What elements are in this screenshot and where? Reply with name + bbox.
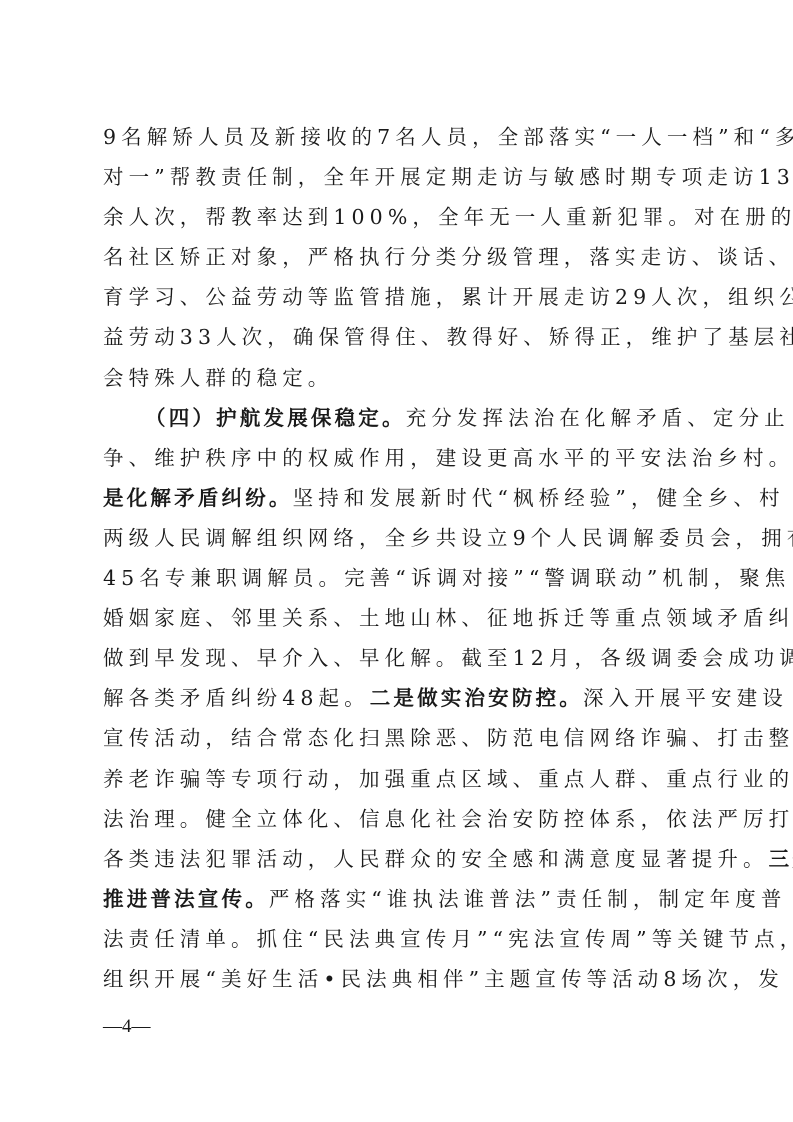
- paragraph-text: 宣传活动，结合常态化扫黑除恶、防范电信网络诈骗、打击整治: [103, 726, 793, 750]
- paragraph-text: 9名解矫人员及新接收的7名人员，全部落实“一人一档”和“多: [103, 125, 793, 149]
- text-line: （四）护航发展保稳定。充分发挥法治在化解矛盾、定分止: [103, 398, 693, 438]
- paragraph-text: 育学习、公益劳动等监管措施，累计开展走访29人次，组织公: [103, 285, 793, 309]
- paragraph-text: 婚姻家庭、邻里关系、土地山林、征地拆迁等重点领域矛盾纠纷，: [103, 606, 793, 630]
- text-line: 45名专兼职调解员。完善“诉调对接”“警调联动”机制，聚焦: [103, 558, 693, 598]
- page-number: —4—: [103, 1016, 151, 1038]
- paragraph-text: 名社区矫正对象，严格执行分类分级管理，落实走访、谈话、教: [103, 245, 793, 269]
- text-line: 会特殊人群的稳定。: [103, 358, 693, 398]
- paragraph-text: 深入开展平安建设: [583, 686, 788, 710]
- paragraph-text: 充分发挥法治在化解矛盾、定分止: [406, 406, 790, 430]
- bold-heading-text: 三是: [769, 847, 793, 871]
- text-line: 宣传活动，结合常态化扫黑除恶、防范电信网络诈骗、打击整治: [103, 718, 693, 758]
- text-line: 9名解矫人员及新接收的7名人员，全部落实“一人一档”和“多: [103, 117, 693, 157]
- paragraph-text: 会特殊人群的稳定。: [103, 366, 333, 390]
- text-line: 养老诈骗等专项行动，加强重点区域、重点人群、重点行业的依: [103, 759, 693, 799]
- text-line: 组织开展“美好生活•民法典相伴”主题宣传等活动8场次，发: [103, 959, 693, 999]
- text-line: 名社区矫正对象，严格执行分类分级管理，落实走访、谈话、教: [103, 237, 693, 277]
- text-line: 法责任清单。抓住“民法典宣传月”“宪法宣传周”等关键节点，: [103, 919, 693, 959]
- paragraph-text: 争、维护秩序中的权威作用，建设更高水平的平安法治乡村。: [103, 446, 793, 470]
- paragraph-text: 法责任清单。抓住“民法典宣传月”“宪法宣传周”等关键节点，: [103, 927, 793, 951]
- paragraph-text: 对一”帮教责任制，全年开展定期走访与敏感时期专项走访130: [103, 165, 793, 189]
- paragraph-text: 益劳动33人次，确保管得住、教得好、矫得正，维护了基层社: [103, 325, 793, 349]
- text-line: 是化解矛盾纠纷。坚持和发展新时代“枫桥经验”，健全乡、村: [103, 478, 693, 518]
- paragraph-text: 解各类矛盾纠纷48起。: [103, 686, 370, 710]
- text-line: 争、维护秩序中的权威作用，建设更高水平的平安法治乡村。一: [103, 438, 693, 478]
- text-line: 推进普法宣传。严格落实“谁执法谁普法”责任制，制定年度普: [103, 879, 693, 919]
- paragraph-text: 坚持和发展新时代“枫桥经验”，健全乡、村: [293, 486, 785, 510]
- text-line: 对一”帮教责任制，全年开展定期走访与敏感时期专项走访130: [103, 157, 693, 197]
- text-line: 做到早发现、早介入、早化解。截至12月，各级调委会成功调: [103, 638, 693, 678]
- text-line: 育学习、公益劳动等监管措施，累计开展走访29人次，组织公: [103, 277, 693, 317]
- text-line: 婚姻家庭、邻里关系、土地山林、征地拆迁等重点领域矛盾纠纷，: [103, 598, 693, 638]
- bold-heading-text: （四）护航发展保稳定。: [145, 406, 406, 430]
- paragraph-text: 做到早发现、早介入、早化解。截至12月，各级调委会成功调: [103, 646, 793, 670]
- paragraph-text: 法治理。健全立体化、信息化社会治安防控体系，依法严厉打击: [103, 807, 793, 831]
- body-text: 9名解矫人员及新接收的7名人员，全部落实“一人一档”和“多对一”帮教责任制，全年…: [103, 117, 693, 999]
- text-line: 解各类矛盾纠纷48起。二是做实治安防控。深入开展平安建设: [103, 678, 693, 718]
- paragraph-text: 余人次，帮教率达到100%，全年无一人重新犯罪。对在册的3: [103, 205, 793, 229]
- text-line: 余人次，帮教率达到100%，全年无一人重新犯罪。对在册的3: [103, 197, 693, 237]
- paragraph-text: 组织开展“美好生活•民法典相伴”主题宣传等活动8场次，发: [103, 967, 784, 991]
- paragraph-text: 养老诈骗等专项行动，加强重点区域、重点人群、重点行业的依: [103, 767, 793, 791]
- text-line: 两级人民调解组织网络，全乡共设立9个人民调解委员会，拥有: [103, 518, 693, 558]
- paragraph-text: 严格落实“谁执法谁普法”责任制，制定年度普: [269, 887, 787, 911]
- text-line: 法治理。健全立体化、信息化社会治安防控体系，依法严厉打击: [103, 799, 693, 839]
- paragraph-text: 各类违法犯罪活动，人民群众的安全感和满意度显著提升。: [103, 847, 769, 871]
- bold-heading-text: 推进普法宣传。: [103, 887, 269, 911]
- bold-heading-text: 是化解矛盾纠纷。: [103, 486, 293, 510]
- text-line: 益劳动33人次，确保管得住、教得好、矫得正，维护了基层社: [103, 317, 693, 357]
- document-page: 9名解矫人员及新接收的7名人员，全部落实“一人一档”和“多对一”帮教责任制，全年…: [0, 0, 793, 1122]
- bold-heading-text: 二是做实治安防控。: [370, 686, 583, 710]
- text-line: 各类违法犯罪活动，人民群众的安全感和满意度显著提升。三是: [103, 839, 693, 879]
- paragraph-text: 45名专兼职调解员。完善“诉调对接”“警调联动”机制，聚焦: [103, 566, 790, 590]
- paragraph-text: 两级人民调解组织网络，全乡共设立9个人民调解委员会，拥有: [103, 526, 793, 550]
